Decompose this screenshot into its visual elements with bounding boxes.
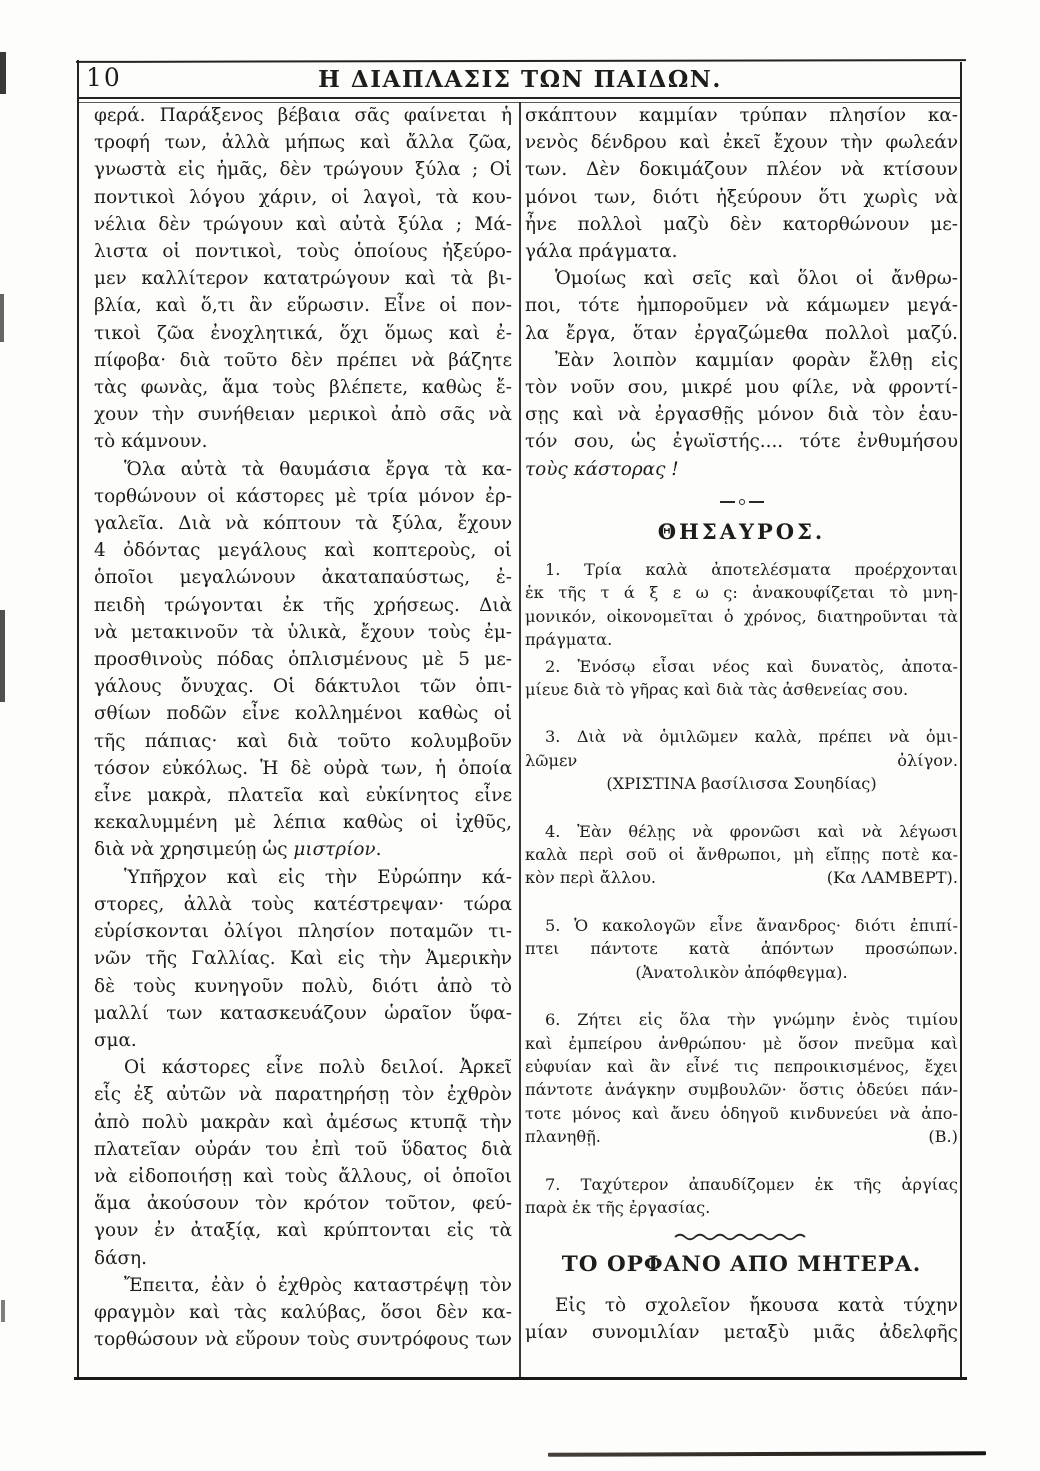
text-line: τὰς φωνὰς, ἅμα τοὺς βλέπετε, καθὼς ἔ- xyxy=(94,374,512,401)
text-line: Ὅλα αὐτὰ τὰ θαυμάσια ἔργα τὰ κα- xyxy=(94,456,512,483)
text-line: ὁποῖοι μεγαλώνουν ἀκαταπαύστως, ἐ- xyxy=(94,564,512,591)
text-line: τοτε μόνος καὶ ἄνευ ὁδηγοῦ κινδυνεύει νὰ… xyxy=(525,1102,958,1125)
text-line: πτει πάντοτε κατὰ ἀπόντων προσώπων. xyxy=(525,937,958,960)
text-line: πράγματα. xyxy=(525,628,958,651)
text-line: νῶν τῆς Γαλλίας. Καὶ εἰς τὴν Ἀμερικὴν xyxy=(94,945,512,972)
text-line: πίφοβα· διὰ τοῦτο δὲν πρέπει νὰ βάζητε xyxy=(94,347,512,374)
treasury-heading: ΘΗΣΑΥΡΟΣ. xyxy=(525,519,958,544)
text-line: πειδὴ τρώγονται ἐκ τῆς χρήσεως. Διὰ xyxy=(94,592,512,619)
text-line: νὰ μετακινοῦν τὰ ὑλικὰ, ἔχουν τοὺς ἐμ- xyxy=(94,619,512,646)
text-line: εἶνε μακρὰ, πλατεῖα καὶ εὐκίνητος εἶνε xyxy=(94,782,512,809)
page-title: Η ΔΙΑΠΛΑΣΙΣ ΤΩΝ ΠΑΙΔΩΝ. xyxy=(78,66,962,93)
text-line: νενὸς δένδρου καὶ ἐκεῖ ἔχουν τὴν φωλεάν xyxy=(525,129,958,156)
left-column: φερά. Παράξενος βέβαια σᾶς φαίνεται ἡτρο… xyxy=(94,102,512,1353)
treasury-item: 4. Ἐὰν θέλῃς νὰ φρονῶσι καὶ νὰ λέγωσικαλ… xyxy=(525,820,958,890)
text-line: 4. Ἐὰν θέλῃς νὰ φρονῶσι καὶ νὰ λέγωσι xyxy=(525,820,958,843)
scan-edge-mark xyxy=(0,610,5,702)
text-line: διὰ νὰ χρησιμεύῃ ὡς μιστρίον. xyxy=(94,836,512,863)
text-line: Ὁμοίως καὶ σεῖς καὶ ὅλοι οἱ ἄνθρω- xyxy=(525,265,958,292)
text-line: 7. Ταχύτερον ἀπαυδίζομεν ἐκ τῆς ἀργίας xyxy=(525,1173,958,1196)
header-rule xyxy=(78,97,962,99)
text-line: μόνοι των, διότι ἠξεύρουν ὅτι χωρὶς νὰ xyxy=(525,184,958,211)
text-line: σθίων ποδῶν εἶνε κολλημένοι καθὼς οἱ xyxy=(94,700,512,727)
text-line: Ὑπῆρχον καὶ εἰς τὴν Εὐρώπην κά- xyxy=(94,864,512,891)
text-line: σκάπτουν καμμίαν τρύπαν πλησίον κα- xyxy=(525,102,958,129)
scan-edge-mark xyxy=(0,52,6,94)
text-line: μαλλί των κατασκευάζουν ὡραῖον ὕφα- xyxy=(94,1000,512,1027)
text-line: Ἔπειτα, ἐὰν ὁ ἐχθρὸς καταστρέψῃ τὸν xyxy=(94,1272,512,1299)
text-line: 2. Ἐνόσῳ εἶσαι νέος καὶ δυνατὸς, ἀποτα- xyxy=(525,655,958,678)
text-line: εὐφυίαν καὶ ἂν εἶνέ τις πεπροικισμένος, … xyxy=(525,1055,958,1078)
text-line: ἀπὸ πολὺ μακρὰν καὶ ἀμέσως κτυπᾷ τὴν xyxy=(94,1109,512,1136)
text-line: λῶμεν ὀλίγον. xyxy=(525,749,958,772)
text-line: χουν τὴν συνήθειαν μερικοὶ ἀπὸ σᾶς νὰ xyxy=(94,401,512,428)
text-line: κεκαλυμμένη μὲ λέπια καθὼς οἱ ἰχθῦς, xyxy=(94,809,512,836)
text-line: Εἰς τὸ σχολεῖον ἤκουσα κατὰ τύχην xyxy=(525,1292,958,1319)
text-line: λα ἔργα, ὅταν ἐργαζώμεθα πολλοὶ μαζύ. xyxy=(525,320,958,347)
text-line: τὸν νοῦν σου, μικρέ μου φίλε, νὰ φροντί- xyxy=(525,374,958,401)
text-line: τῆς πάπιας· καὶ διὰ τοῦτο κολυμβοῦν xyxy=(94,728,512,755)
text-line: πλατεῖαν οὐράν του ἐπὶ τοῦ ὕδατος διὰ xyxy=(94,1136,512,1163)
treasury-item: 6. Ζήτει εἰς ὅλα τὴν γνώμην ἑνὸς τιμίουκ… xyxy=(525,1008,958,1148)
text-line: τικοὶ ζῶα ἐνοχλητικά, ὅχι ὅμως καὶ ἐ- xyxy=(94,320,512,347)
text-line: 3. Διὰ νὰ ὁμιλῶμεν καλὰ, πρέπει νὰ ὁμι- xyxy=(525,725,958,748)
frame-bottom-rule xyxy=(74,1377,967,1380)
text-line: βλία, καὶ ὅ,τι ἂν εὕρωσιν. Εἶνε οἱ πον- xyxy=(94,292,512,319)
orphan-heading: ΤΟ ΟΡΦΑΝΟ ΑΠΟ ΜΗΤΕΡΑ. xyxy=(525,1252,958,1277)
text-line: (Ἀνατολικὸν ἀπόφθεγμα). xyxy=(525,961,958,984)
text-line: μεν καλλίτερον κατατρώγουν καὶ τὰ βι- xyxy=(94,265,512,292)
text-line: φερά. Παράξενος βέβαια σᾶς φαίνεται ἡ xyxy=(94,102,512,129)
text-line: καὶ ἐμπείρου ἀνθρώπου· μὲ ὅσον πνεῦμα κα… xyxy=(525,1032,958,1055)
text-line: τὸ κάμνουν. xyxy=(94,428,512,455)
text-line: καλὰ περὶ σοῦ οἱ ἄνθρωποι, μὴ εἴπῃς ποτὲ… xyxy=(525,843,958,866)
text-line: τόσον εὐκόλως. Ἡ δὲ οὐρὰ των, ἡ ὁποία xyxy=(94,755,512,782)
text-line: εἷς ἐξ αὐτῶν νὰ παρατηρήσῃ τὸν ἐχθρὸν xyxy=(94,1081,512,1108)
treasury-item: 2. Ἐνόσῳ εἶσαι νέος καὶ δυνατὸς, ἀποτα-μ… xyxy=(525,655,958,702)
wavy-line xyxy=(672,1231,812,1241)
wavy-divider-icon xyxy=(525,1226,958,1245)
text-line: ποντικοὶ λόγου χάριν, οἱ λαγοὶ, τὰ κου- xyxy=(94,184,512,211)
text-line: δὲ τοὺς κυνηγοῦν πολὺ, διότι ἀπὸ τὸ xyxy=(94,973,512,1000)
section-divider-icon xyxy=(525,499,958,505)
text-line: παρὰ ἐκ τῆς ἐργασίας. xyxy=(525,1196,958,1219)
text-line: τροφή των, ἀλλὰ μήπως καὶ ἄλλα ζῶα, xyxy=(94,129,512,156)
text-line: μίευε διὰ τὸ γῆρας καὶ διὰ τὰς ἀσθενείας… xyxy=(525,678,958,701)
text-line: γάλους ὄνυχας. Οἱ δάκτυλοι τῶν ὀπι- xyxy=(94,673,512,700)
text-line: Οἱ κάστορες εἶνε πολὺ δειλοί. Ἀρκεῖ xyxy=(94,1054,512,1081)
text-line: στορες, ἀλλὰ τοὺς κατέστρεψαν· τώρα xyxy=(94,891,512,918)
text-line: τοὺς κάστορας ! xyxy=(525,456,958,483)
text-line: πλανηθῇ.(Β.) xyxy=(525,1125,958,1148)
text-line: 4 ὀδόντας μεγάλους καὶ κοπτεροὺς, οἱ xyxy=(94,537,512,564)
scan-edge-mark xyxy=(0,294,4,342)
text-line: νὰ εἰδοποιήσῃ καὶ τοὺς ἄλλους, οἱ ὁποῖοι xyxy=(94,1163,512,1190)
text-line: γαλεῖα. Διὰ νὰ κόπτουν τὰ ξύλα, ἔχουν xyxy=(94,510,512,537)
frame-left-border xyxy=(77,60,79,1380)
scan-edge-mark xyxy=(1,1300,5,1322)
text-line: (ΧΡΙΣΤΙΝΑ βασίλισσα Σουηδίας) xyxy=(525,772,958,795)
text-line: γνωστὰ εἰς ἡμᾶς, δὲν τρώγουν ξύλα ; Οἱ xyxy=(94,156,512,183)
text-line: φραγμὸν καὶ τὰς καλύβας, ὅσοι δὲν κα- xyxy=(94,1299,512,1326)
text-line: μίαν συνομιλίαν μεταξὺ μιᾶς ἀδελφῆς xyxy=(525,1319,958,1346)
text-line: ἐκ τῆς τ ά ξ ε ω ς: ἀνακουφίζεται τὸ μνη… xyxy=(525,581,958,604)
text-line: γάλα πράγματα. xyxy=(525,238,958,265)
text-line: προσθινοὺς πόδας ὁπλισμένους μὲ 5 με- xyxy=(94,646,512,673)
text-line: ποι, τότε ἠμποροῦμεν νὰ κάμωμεν μεγά- xyxy=(525,292,958,319)
column-divider xyxy=(519,102,521,1378)
text-line: τορθώνουν οἱ κάστορες μὲ τρία μόνον ἐρ- xyxy=(94,483,512,510)
text-line: τορθώσουν νὰ εὕρουν τοὺς συντρόφους των xyxy=(94,1326,512,1353)
treasury-item: 3. Διὰ νὰ ὁμιλῶμεν καλὰ, πρέπει νὰ ὁμι-λ… xyxy=(525,725,958,795)
text-line: ἅμα ἀκούσουν τὸν κρότον τοῦτον, φεύ- xyxy=(94,1190,512,1217)
text-line: Ἐὰν λοιπὸν καμμίαν φορὰν ἔλθῃ εἰς xyxy=(525,347,958,374)
text-line: 6. Ζήτει εἰς ὅλα τὴν γνώμην ἑνὸς τιμίου xyxy=(525,1008,958,1031)
divider-dot xyxy=(739,499,745,505)
frame-top-rule xyxy=(76,59,966,63)
scan-artifact-line xyxy=(548,1451,986,1457)
text-line: τόν σου, ὡς ἐγωϊστής.... τότε ἐνθυμήσου xyxy=(525,428,958,455)
treasury-item: 5. Ὁ κακολογῶν εἶνε ἄνανδρος· διότι ἐπιπ… xyxy=(525,914,958,984)
right-column-top: σκάπτουν καμμίαν τρύπαν πλησίον κα-νενὸς… xyxy=(525,102,958,483)
treasury-list: 1. Τρία καλὰ ἀποτελέσματα προέρχονταιἐκ … xyxy=(525,558,958,1243)
text-line: λιστα οἱ ποντικοὶ, τοὺς ὁποίους ἠξεύρο- xyxy=(94,238,512,265)
text-line: 5. Ὁ κακολογῶν εἶνε ἄνανδρος· διότι ἐπιπ… xyxy=(525,914,958,937)
text-line: εὑρίσκονται ὀλίγοι πλησίον ποταμῶν τι- xyxy=(94,918,512,945)
text-line: ἦνε πολλοὶ μαζὺ δὲν κατορθώνουν με- xyxy=(525,211,958,238)
scanned-page: 10 Η ΔΙΑΠΛΑΣΙΣ ΤΩΝ ΠΑΙΔΩΝ. φερά. Παράξεν… xyxy=(0,0,1040,1471)
text-line: κὸν περὶ ἄλλου.(Κα ΛΑΜΒΕΡΤ). xyxy=(525,866,958,889)
text-line: μονικόν, οἰκονομεῖται ὁ χρόνος, διατηροῦ… xyxy=(525,605,958,628)
treasury-item: 7. Ταχύτερον ἀπαυδίζομεν ἐκ τῆς ἀργίαςπα… xyxy=(525,1173,958,1220)
orphan-text: Εἰς τὸ σχολεῖον ἤκουσα κατὰ τύχηνμίαν συ… xyxy=(525,1292,958,1346)
text-line: σῃς καὶ νὰ ἐργασθῇς μόνον διὰ τὸν ἑαυ- xyxy=(525,401,958,428)
text-line: των. Δὲν δοκιμάζουν πλέον νὰ κτίσουν xyxy=(525,156,958,183)
frame-right-border xyxy=(960,62,962,1380)
text-line: νέλια δὲν τρώγουν καὶ αὐτὰ ξύλα ; Μά- xyxy=(94,211,512,238)
text-line: πάντοτε ἀνάγκην συμβουλῶν· ὅστις ὁδεύει … xyxy=(525,1078,958,1101)
text-line: δάση. xyxy=(94,1245,512,1272)
divider-line xyxy=(720,501,735,503)
treasury-item: 1. Τρία καλὰ ἀποτελέσματα προέρχονταιἐκ … xyxy=(525,558,958,652)
text-line: γουν ἐν ἀταξίᾳ, καὶ κρύπτονται εἰς τὰ xyxy=(94,1217,512,1244)
text-line: σμα. xyxy=(94,1027,512,1054)
divider-line xyxy=(749,501,764,503)
text-line: 1. Τρία καλὰ ἀποτελέσματα προέρχονται xyxy=(525,558,958,581)
